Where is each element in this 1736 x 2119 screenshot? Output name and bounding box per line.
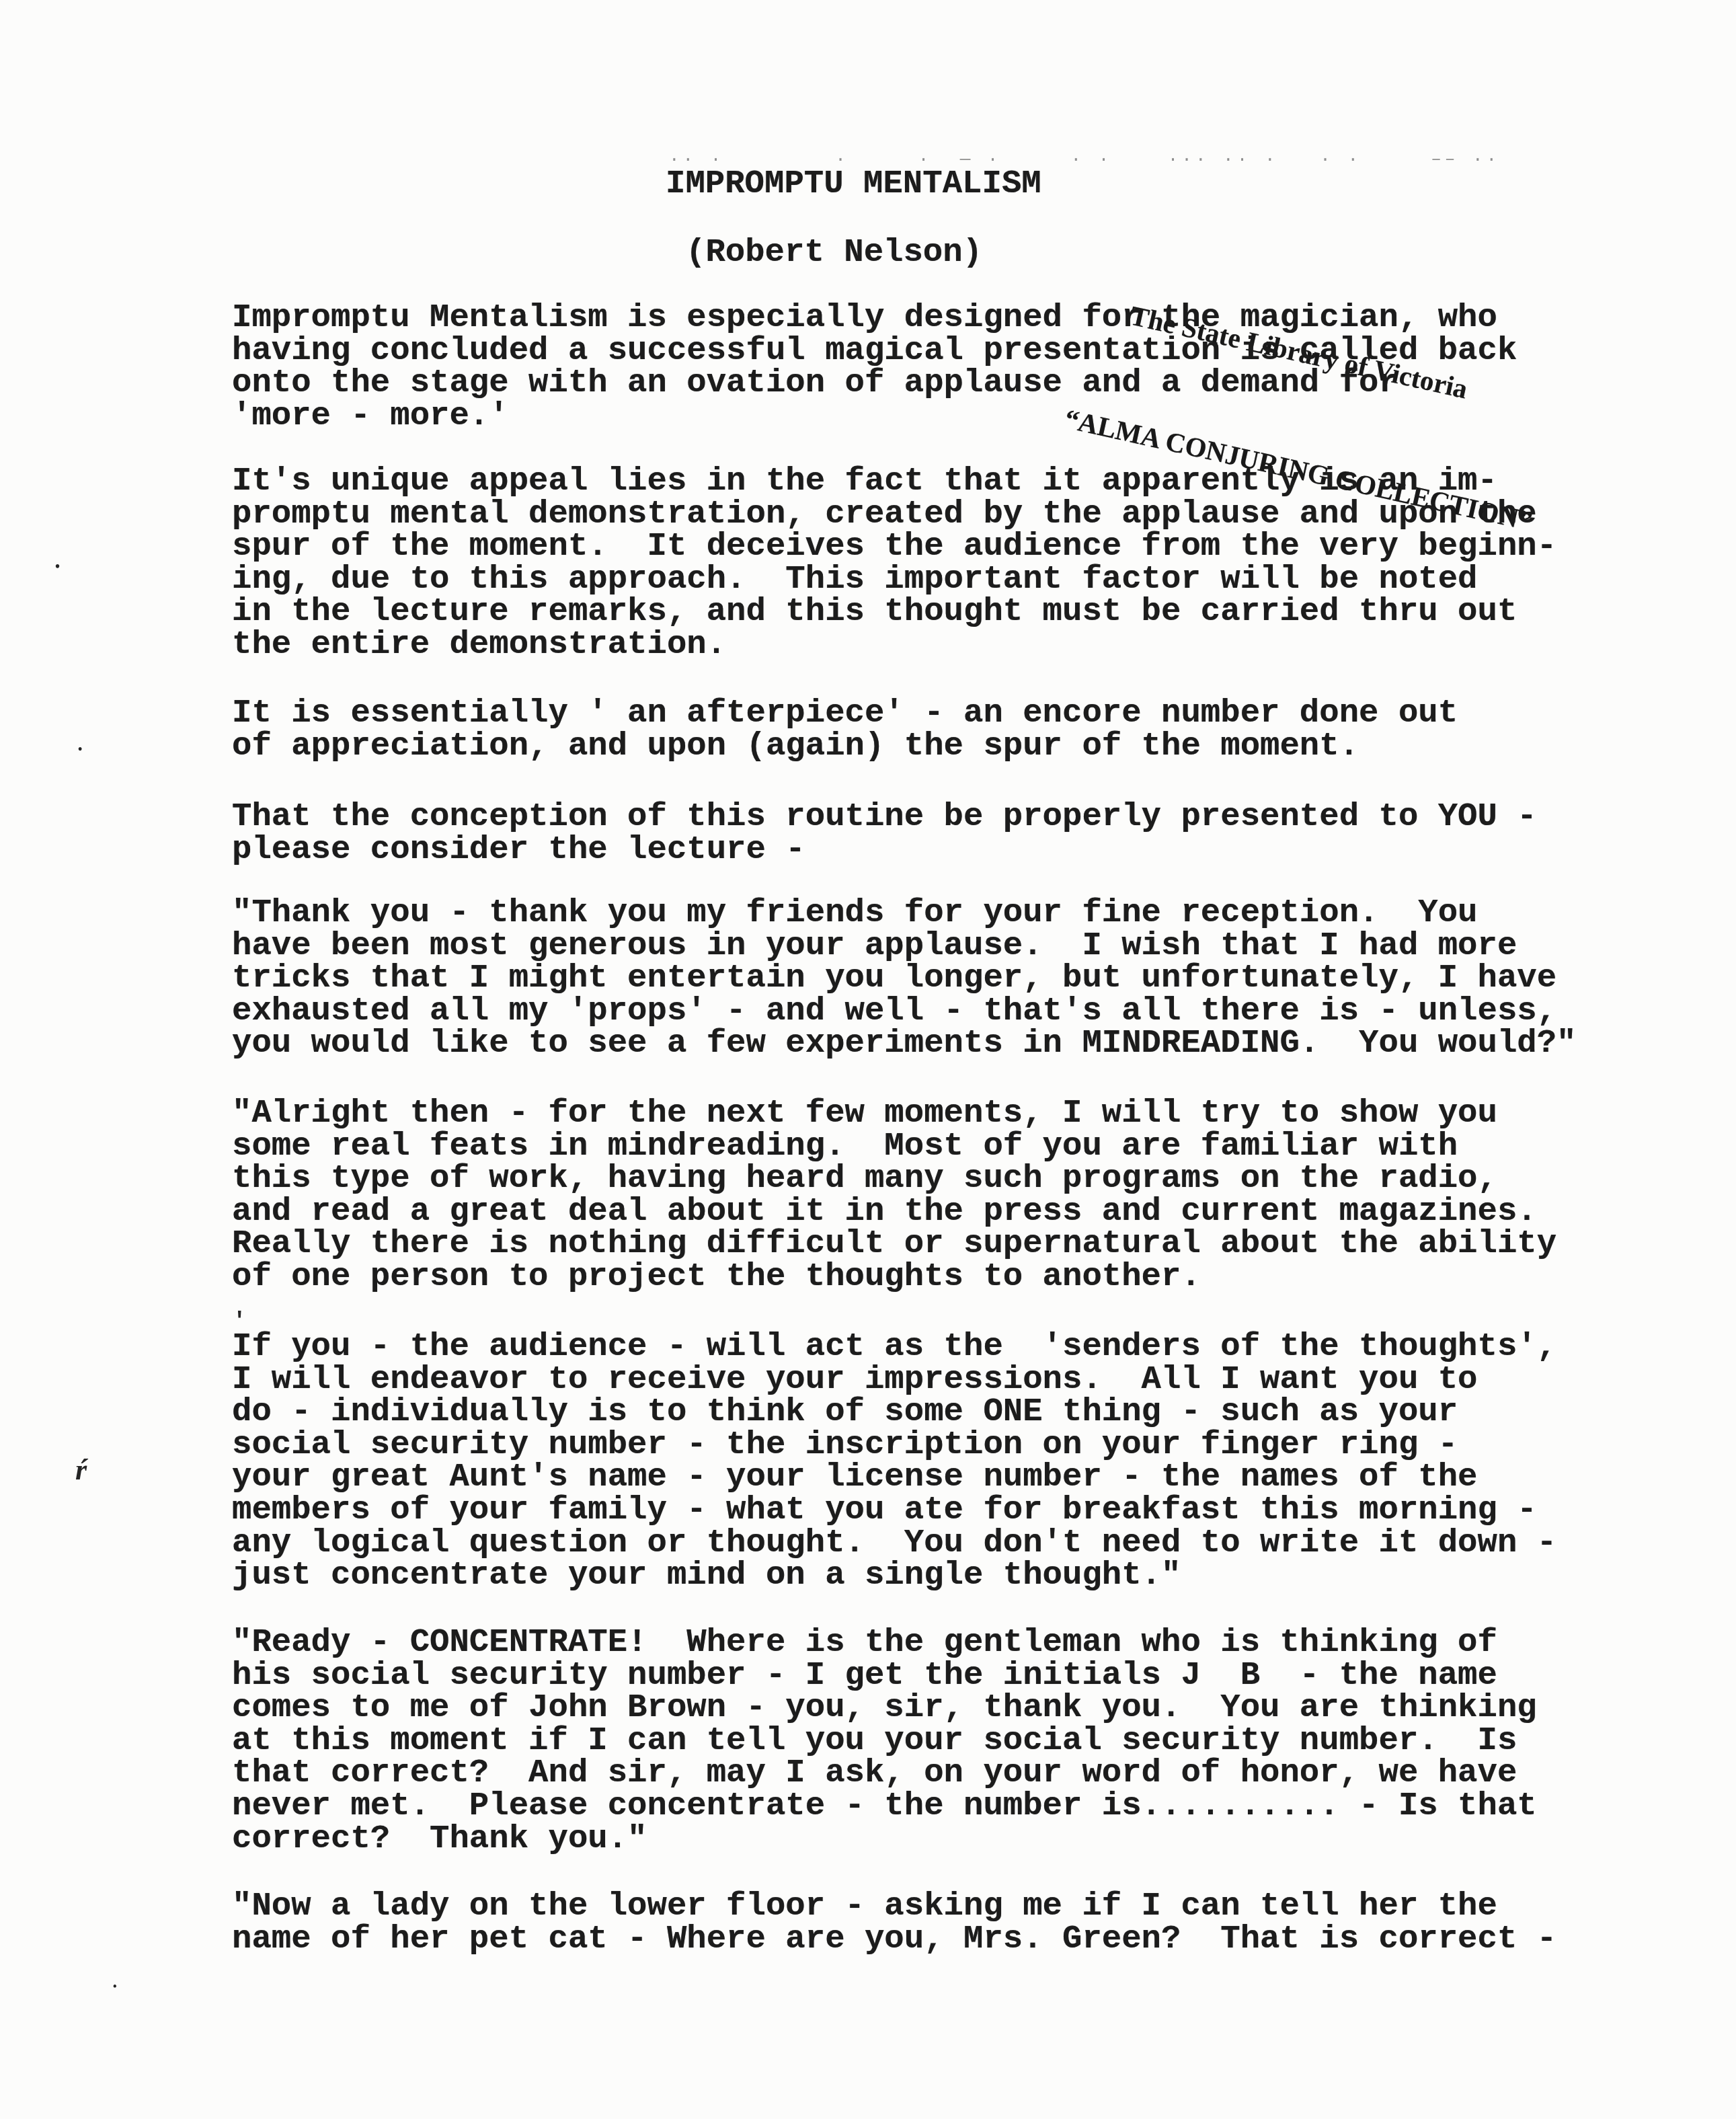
ink-speck: • bbox=[78, 742, 82, 757]
page-title: IMPROMPTU MENTALISM bbox=[666, 167, 1041, 200]
stray-tick-mark: ' bbox=[233, 1309, 246, 1334]
byline: (Robert Nelson) bbox=[686, 236, 982, 269]
ink-speck: • bbox=[113, 1981, 117, 1993]
ink-speck: • bbox=[55, 560, 60, 575]
typed-paragraph: Impromptu Mentalism is especially design… bbox=[232, 301, 1517, 432]
typed-paragraph: "Alright then - for the next few moments… bbox=[232, 1097, 1556, 1293]
typed-paragraph: "Thank you - thank you my friends for yo… bbox=[232, 896, 1577, 1060]
typed-paragraph: "Now a lady on the lower floor - asking … bbox=[232, 1890, 1556, 1955]
ink-blot: ŕ bbox=[75, 1453, 87, 1487]
typed-paragraph: It's unique appeal lies in the fact that… bbox=[232, 465, 1556, 661]
typed-paragraph: That the conception of this routine be p… bbox=[232, 800, 1537, 865]
scanned-typewritten-page: ·· · · · — · · · ··· ·· · · · –– ·· IMPR… bbox=[0, 0, 1736, 2119]
typed-paragraph: It is essentially ' an afterpiece' - an … bbox=[232, 697, 1458, 762]
typed-paragraph: If you - the audience - will act as the … bbox=[232, 1330, 1556, 1592]
typed-paragraph: "Ready - CONCENTRATE! Where is the gentl… bbox=[232, 1626, 1537, 1855]
